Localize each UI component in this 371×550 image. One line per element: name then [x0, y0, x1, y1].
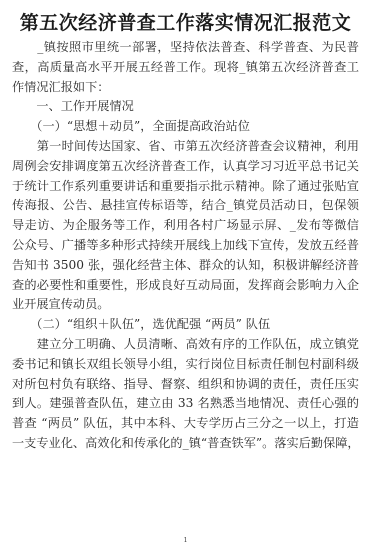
- body-line: 到人。建强普查队伍，建立由 33 名熟悉当地情况、责任心强的: [12, 396, 359, 410]
- body-line: 建立分工明确、人员清晰、高效有序的工作队伍，成立镇党: [12, 337, 359, 351]
- body-line: （二）“组织＋队伍”，选优配强 “两员” 队伍: [12, 317, 359, 331]
- body-line: 第一时间传达国家、省、市第五次经济普查会议精神，利用: [12, 139, 359, 153]
- body-line: 告知书 3500 张，强化经营主体、群众的认知，积极讲解经济普: [12, 258, 359, 272]
- document-title: 第五次经济普查工作落实情况汇报范文: [0, 8, 371, 35]
- body-line: （一）“思想＋动员”，全面提高政治站位: [12, 119, 359, 133]
- body-line: 导走访、为企服务等工作，利用各村广场显示屏、_发布等微信: [12, 218, 359, 232]
- body-line: 对所包村负有联络、指导、督察、组织和协调的责任，责任压实: [12, 377, 359, 391]
- body-line: 一支专业化、高效化和传承化的_镇“普查铁军”。落实后勤保障，: [12, 436, 359, 450]
- body-line: 于统计工作系列重要讲话和重要指示批示精神。除了通过张贴宣: [12, 179, 359, 193]
- body-line: _镇按照市里统一部署，坚持依法普查、科学普查、为民普: [12, 40, 359, 54]
- body-line: 查，高质量高水平开展五经普工作。现将_镇第五次经济普查工: [12, 60, 359, 74]
- body-line: 公众号、广播等多种形式持续开展线上加线下宣传，发放五经普: [12, 238, 359, 252]
- body-line: 作情况汇报如下：: [12, 80, 359, 94]
- body-line: 一、工作开展情况: [12, 99, 359, 113]
- body-line: 业开展宣传动员。: [12, 297, 359, 311]
- body-line: 委书记和镇长双组长领导小组，实行岗位目标责任制包村副科级: [12, 357, 359, 371]
- body-line: 传海报、公告、悬挂宣传标语等，结合_镇党员活动日，包保领: [12, 198, 359, 212]
- body-line: 普查 “两员” 队伍，其中本科、大专学历占三分之一以上，打造: [12, 416, 359, 430]
- body-line: 周例会安排调度第五次经济普查工作，认真学习习近平总书记关: [12, 159, 359, 173]
- page-number: 1: [0, 537, 371, 544]
- body-line: 查的必要性和重要性，形成良好互动局面，发挥商会影响力入企: [12, 278, 359, 292]
